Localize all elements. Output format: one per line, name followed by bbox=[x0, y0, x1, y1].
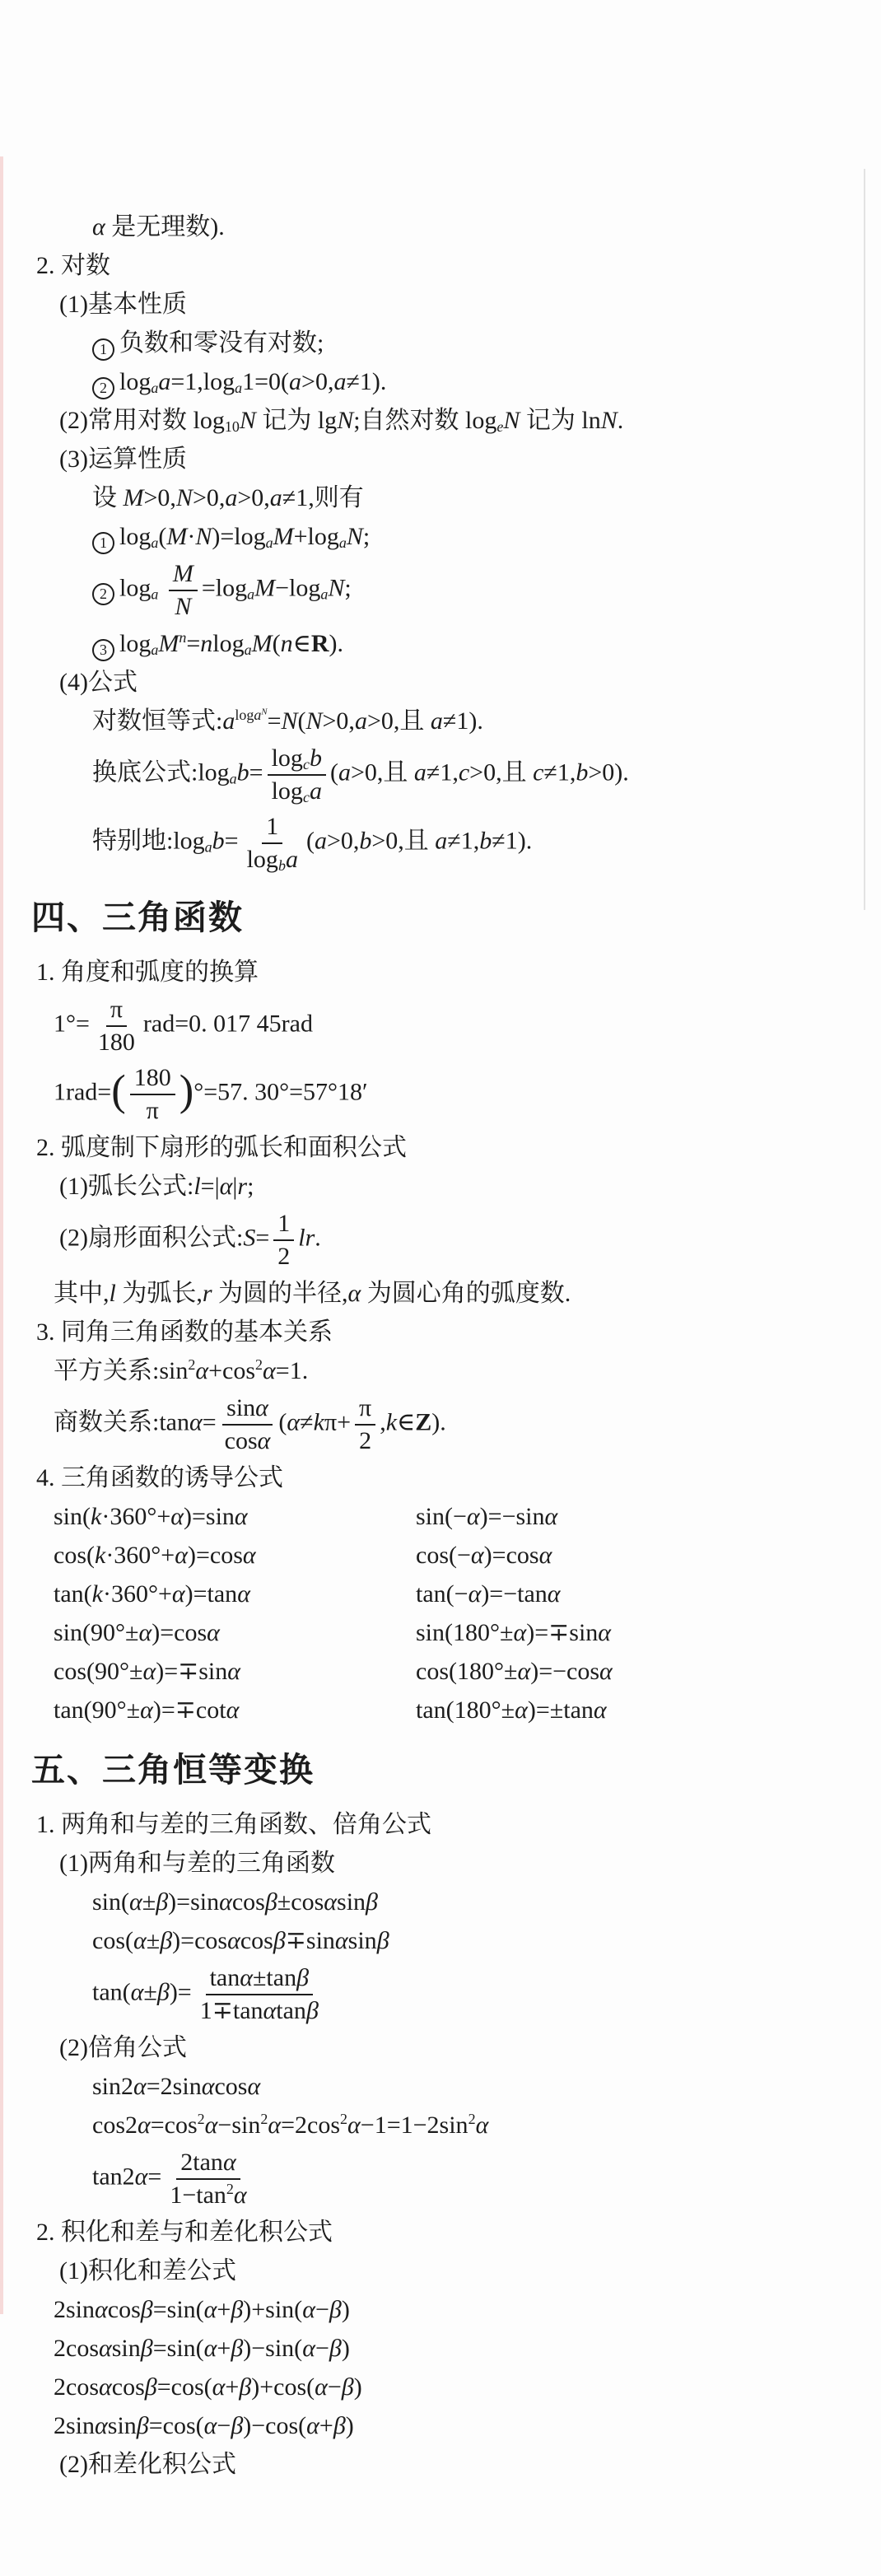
formula-col-right: sin(−α)=−sinα bbox=[416, 1503, 557, 1530]
text-line: (2)常用对数 log10N 记为 lgN;自然对数 logeN 记为 lnN. bbox=[0, 401, 881, 440]
formula-line: 对数恒等式:alogaN=N(N>0,a>0,且 a≠1). bbox=[0, 702, 881, 740]
formula-col-right: cos(180°±α)=−cosα bbox=[416, 1658, 613, 1685]
formula-sheet: α 是无理数).2. 对数(1)基本性质1负数和零没有对数;2logaa=1,l… bbox=[0, 208, 881, 2484]
sub-item: (3)运算性质 bbox=[0, 440, 881, 478]
formula-col-right: cos(−α)=cosα bbox=[416, 1542, 552, 1569]
formula-col-left: tan(90°±α)=∓cotα bbox=[54, 1691, 416, 1729]
formula-line: 2loga MN=logaM−logaN; bbox=[0, 556, 881, 624]
sub-item: (1)积化和差公式 bbox=[0, 2252, 881, 2290]
document-page: α 是无理数).2. 对数(1)基本性质1负数和零没有对数;2logaa=1,l… bbox=[0, 0, 881, 2576]
formula-line: 1°=π180rad=0. 017 45rad bbox=[0, 992, 881, 1060]
formula-col-left: sin(k·360°+α)=sinα bbox=[54, 1497, 416, 1536]
formula-line: 平方关系:sin2α+cos2α=1. bbox=[0, 1351, 881, 1390]
sub-item: (4)公式 bbox=[0, 663, 881, 702]
list-item: 1. 角度和弧度的换算 bbox=[0, 953, 881, 992]
formula-row: tan(k·360°+α)=tanαtan(−α)=−tanα bbox=[0, 1575, 881, 1613]
formula-row: cos(90°±α)=∓sinαcos(180°±α)=−cosα bbox=[0, 1652, 881, 1691]
section-heading: 四、三角函数 bbox=[0, 894, 881, 941]
formula-line: 商数关系:tanα=sinαcosα(α≠kπ+π2,k∈Z). bbox=[0, 1390, 881, 1458]
formula-line: cos(α±β)=cosαcosβ∓sinαsinβ bbox=[0, 1921, 881, 1960]
formula-row: sin(90°±α)=cosαsin(180°±α)=∓sinα bbox=[0, 1613, 881, 1652]
formula-line: 换底公式:logab=logcblogca(a>0,且 a≠1,c>0,且 c≠… bbox=[0, 740, 881, 809]
formula-row: sin(k·360°+α)=sinαsin(−α)=−sinα bbox=[0, 1497, 881, 1536]
formula-line: 1rad=(180π)°=57. 30°=57°18′ bbox=[0, 1060, 881, 1128]
sub-item: (1)两角和与差的三角函数 bbox=[0, 1844, 881, 1883]
formula-col-left: sin(90°±α)=cosα bbox=[54, 1613, 416, 1652]
list-item: 1. 两角和与差的三角函数、倍角公式 bbox=[0, 1805, 881, 1844]
formula-line: 2sinαcosβ=sin(α+β)+sin(α−β) bbox=[0, 2290, 881, 2329]
text-line: 其中,l 为弧长,r 为圆的半径,α 为圆心角的弧度数. bbox=[0, 1274, 881, 1313]
section-heading: 五、三角恒等变换 bbox=[0, 1746, 881, 1794]
list-item: 2. 弧度制下扇形的弧长和面积公式 bbox=[0, 1128, 881, 1167]
formula-line: (2)扇形面积公式:S=12lr. bbox=[0, 1206, 881, 1274]
formula-line: 2logaa=1,loga1=0(a>0,a≠1). bbox=[0, 362, 881, 401]
formula-col-left: tan(k·360°+α)=tanα bbox=[54, 1575, 416, 1613]
formula-line: sin(α±β)=sinαcosβ±cosαsinβ bbox=[0, 1883, 881, 1921]
formula-line: 1loga(M·N)=logaM+logaN; bbox=[0, 517, 881, 556]
formula-line: 3logaMn=nlogaM(n∈R). bbox=[0, 624, 881, 663]
list-item: 3. 同角三角函数的基本关系 bbox=[0, 1313, 881, 1351]
list-item: 4. 三角函数的诱导公式 bbox=[0, 1458, 881, 1497]
formula-line: 2cosαcosβ=cos(α+β)+cos(α−β) bbox=[0, 2368, 881, 2406]
formula-line: tan2α=2tanα1−tan2α bbox=[0, 2144, 881, 2213]
formula-line: 1负数和零没有对数; bbox=[0, 324, 881, 362]
formula-line: 2cosαsinβ=sin(α+β)−sin(α−β) bbox=[0, 2329, 881, 2368]
list-item: 2. 对数 bbox=[0, 246, 881, 285]
formula-line: 2sinαsinβ=cos(α−β)−cos(α+β) bbox=[0, 2406, 881, 2445]
sub-item: (2)和差化积公式 bbox=[0, 2445, 881, 2484]
formula-line: (1)弧长公式:l=|α|r; bbox=[0, 1167, 881, 1206]
sub-item: (2)倍角公式 bbox=[0, 2028, 881, 2067]
list-item: 2. 积化和差与和差化积公式 bbox=[0, 2213, 881, 2252]
formula-col-left: cos(90°±α)=∓sinα bbox=[54, 1652, 416, 1691]
sub-item: (1)基本性质 bbox=[0, 285, 881, 324]
formula-line: 特别地:logab=1logba(a>0,b>0,且 a≠1,b≠1). bbox=[0, 809, 881, 877]
formula-line: sin2α=2sinαcosα bbox=[0, 2067, 881, 2106]
formula-col-right: tan(−α)=−tanα bbox=[416, 1580, 561, 1608]
formula-line: cos2α=cos2α−sin2α=2cos2α−1=1−2sin2α bbox=[0, 2106, 881, 2144]
formula-row: tan(90°±α)=∓cotαtan(180°±α)=±tanα bbox=[0, 1691, 881, 1729]
text-line: 设 M>0,N>0,a>0,a≠1,则有 bbox=[0, 478, 881, 517]
formula-col-right: sin(180°±α)=∓sinα bbox=[416, 1619, 611, 1646]
formula-col-left: cos(k·360°+α)=cosα bbox=[54, 1536, 416, 1575]
formula-col-right: tan(180°±α)=±tanα bbox=[416, 1696, 607, 1724]
text-line: α 是无理数). bbox=[0, 208, 881, 246]
formula-line: tan(α±β)=tanα±tanβ1∓tanαtanβ bbox=[0, 1960, 881, 2028]
formula-row: cos(k·360°+α)=cosαcos(−α)=cosα bbox=[0, 1536, 881, 1575]
